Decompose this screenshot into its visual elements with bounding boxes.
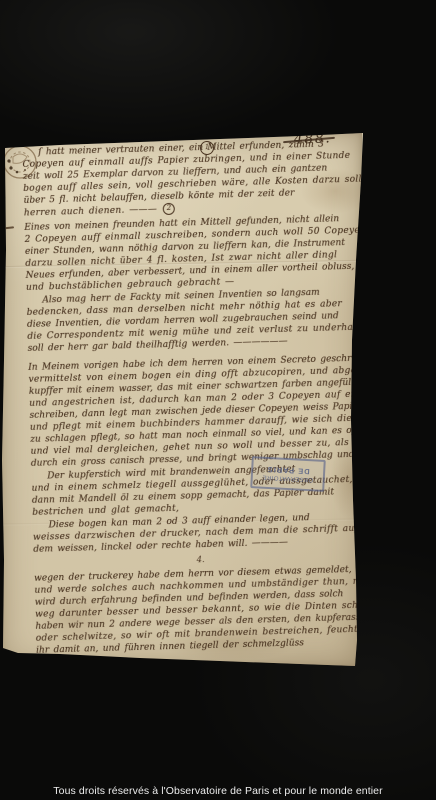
paragraph: Also mag herr de Fackty mit seinen Inven… [26, 286, 362, 355]
copyright-caption: Tous droits réservés à l'Observatoire de… [0, 784, 436, 798]
manuscript-text: ſ hatt meiner vertrauten einer, ein Mitt… [22, 138, 370, 657]
manuscript-line-text: herren auch dienen. ——— [24, 205, 158, 219]
photo-backdrop: Que 1 488. ſ hatt meiner vertrauten eine… [0, 0, 436, 800]
section-marker-2: 2 [163, 203, 175, 215]
observatoire-stamp: OBSERVATOIRE DE PARIS [250, 456, 326, 492]
paragraph: ſ hatt meiner vertrauten einer, ein Mitt… [22, 138, 358, 219]
paragraph: In Meinem vorigen habe ich dem herren vo… [28, 353, 365, 470]
paragraph: wegen der truckerey habe dem herrn vor d… [34, 564, 370, 657]
ink-flourish: Que [31, 133, 48, 144]
manuscript-page: Que 1 488. ſ hatt meiner vertrauten eine… [0, 0, 436, 800]
stamp-text-line2: DE PARIS [267, 465, 310, 475]
paragraph: Eines von meinen freunden hatt ein Mitte… [24, 213, 360, 294]
